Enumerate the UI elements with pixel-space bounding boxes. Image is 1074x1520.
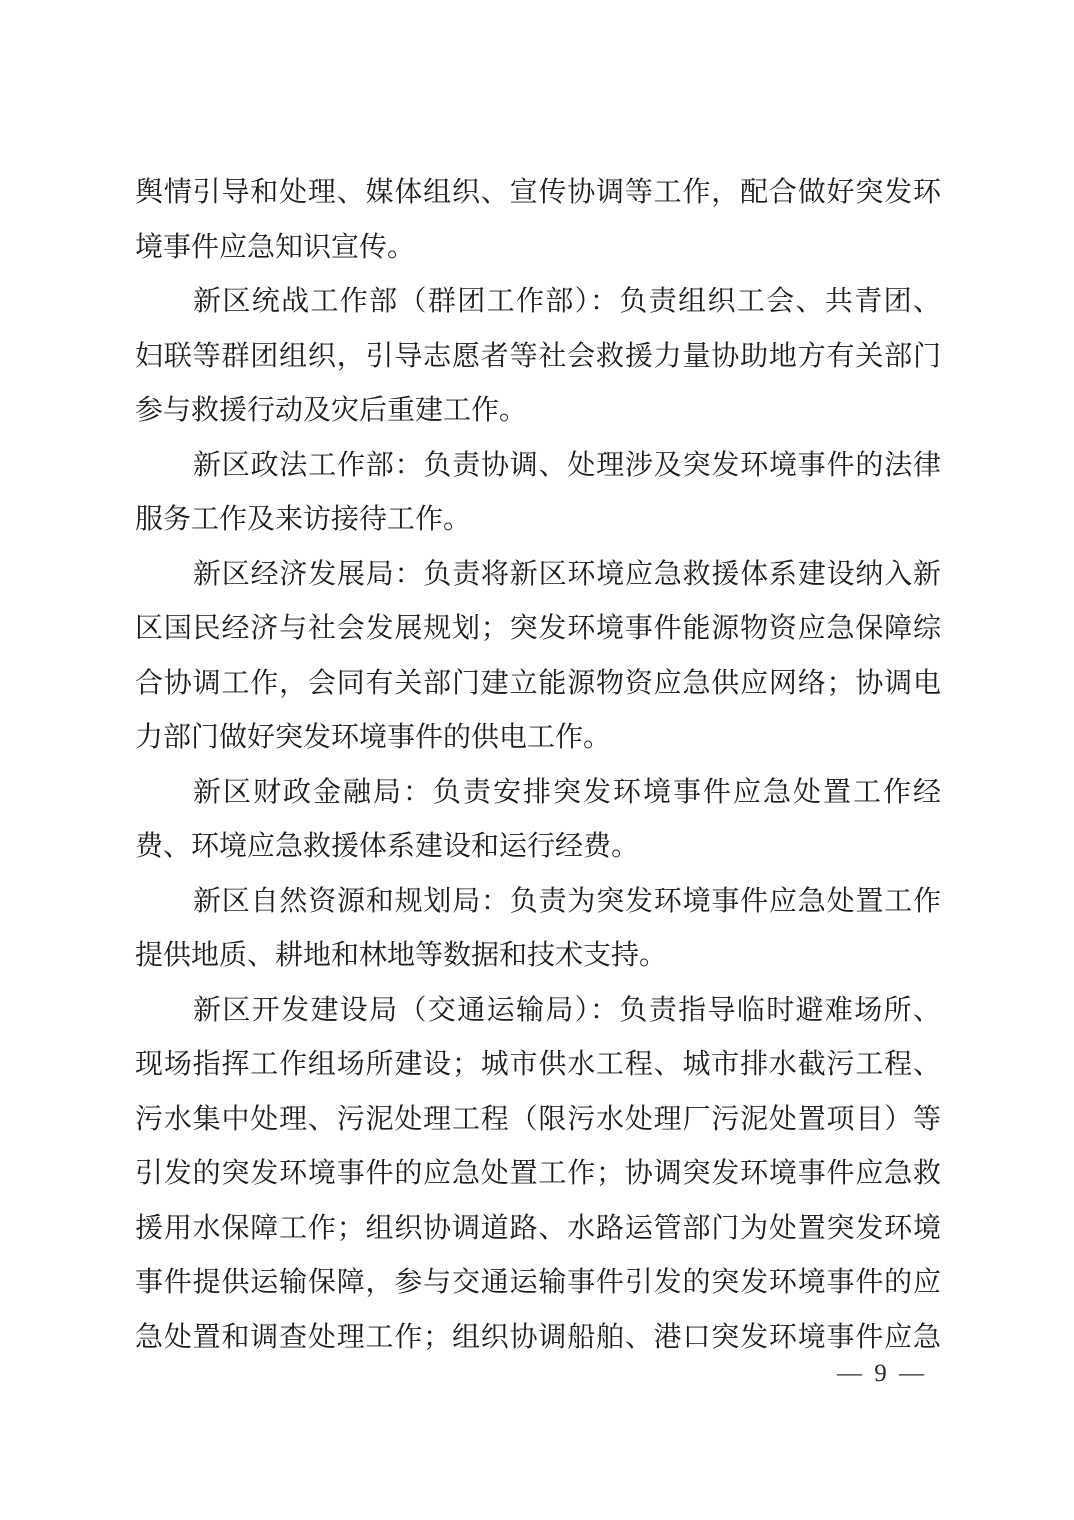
document-line: 区国民经济与社会发展规划；突发环境事件能源物资应急保障综	[135, 602, 941, 657]
document-line: 舆情引导和处理、媒体组织、宣传协调等工作，配合做好突发环	[135, 166, 941, 221]
document-line: 急处置和调查处理工作；组织协调船舶、港口突发环境事件应急	[135, 1311, 941, 1366]
page-number: — 9 —	[837, 1360, 927, 1388]
document-line: 新区开发建设局（交通运输局）：负责指导临时避难场所、	[135, 984, 941, 1039]
document-line: 合协调工作，会同有关部门建立能源物资应急供应网络；协调电	[135, 657, 941, 712]
document-line: 新区自然资源和规划局：负责为突发环境事件应急处置工作	[135, 875, 941, 930]
text-block: 舆情引导和处理、媒体组织、宣传协调等工作，配合做好突发环 境事件应急知识宣传。 …	[135, 166, 941, 1365]
document-line: 妇联等群团组织，引导志愿者等社会救援力量协助地方有关部门	[135, 330, 941, 385]
document-line: 新区统战工作部（群团工作部）：负责组织工会、共青团、	[135, 275, 941, 330]
document-line: 现场指挥工作组场所建设；城市供水工程、城市排水截污工程、	[135, 1038, 941, 1093]
document-line: 事件提供运输保障，参与交通运输事件引发的突发环境事件的应	[135, 1256, 941, 1311]
document-line: 援用水保障工作；组织协调道路、水路运管部门为处置突发环境	[135, 1202, 941, 1257]
document-line: 境事件应急知识宣传。	[135, 221, 941, 276]
document-line: 费、环境应急救援体系建设和运行经费。	[135, 820, 941, 875]
document-line: 新区政法工作部：负责协调、处理涉及突发环境事件的法律	[135, 439, 941, 494]
document-line: 参与救援行动及灾后重建工作。	[135, 384, 941, 439]
document-line: 新区经济发展局：负责将新区环境应急救援体系建设纳入新	[135, 548, 941, 603]
document-line: 力部门做好突发环境事件的供电工作。	[135, 711, 941, 766]
document-line: 引发的突发环境事件的应急处置工作；协调突发环境事件应急救	[135, 1147, 941, 1202]
document-line: 提供地质、耕地和林地等数据和技术支持。	[135, 929, 941, 984]
document-line: 污水集中处理、污泥处理工程（限污水处理厂污泥处置项目）等	[135, 1093, 941, 1148]
document-line: 新区财政金融局：负责安排突发环境事件应急处置工作经	[135, 766, 941, 821]
document-page: 舆情引导和处理、媒体组织、宣传协调等工作，配合做好突发环 境事件应急知识宣传。 …	[0, 0, 1074, 1520]
document-line: 服务工作及来访接待工作。	[135, 493, 941, 548]
